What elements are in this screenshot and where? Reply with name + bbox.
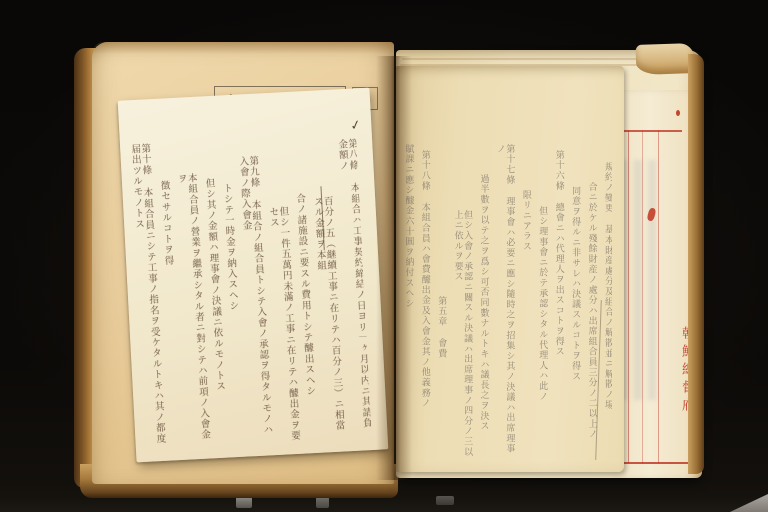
handwritten-column: 百分ノ五（継續工事ニ在リテハ百分ノ三）ニ相當スル金額ヲ本組 (312, 196, 345, 441)
handwritten-column: 合ノ諸施設ニ要スル費用トシテ醵出スヘシ (294, 193, 315, 397)
red-rule-line (628, 130, 629, 464)
handwritten-column: 合ニ於ケル殘餘財産ノ處分ハ出席組合員三分ノ二以上ノ (586, 182, 595, 440)
right-page: 規約ノ變更 基本財産處分及組合ノ解散並ニ解散ノ場合ニ於ケル殘餘財産ノ處分ハ出席組… (396, 66, 624, 472)
insert-text-columns: 第八條 本組合ハ工事契約締結ノ日ヨリ一ヶ月以内ニ其請負金額ノ百分ノ五（継續工事ニ… (130, 98, 371, 449)
handwritten-column: 賦課ニ應シ醵金六十圓ヲ納付スヘシ (406, 144, 412, 309)
handwritten-column: 但シ入會ノ承認ニ關スル決議ハ出席理事ノ四分ノ三以上ニ依ルヲ要ス (452, 210, 471, 460)
cradle-foot (316, 497, 329, 508)
handwritten-column: 第十八條 本組合員ハ會費醵出金及入會金其ノ他義務ノ (419, 150, 428, 409)
handwritten-column: 規約ノ變更 基本財産處分及組合ノ解散並ニ解散ノ場 (603, 162, 612, 410)
handwritten-column: 同意ヲ得ルニ非サレハ決議スルコトヲ得ス (570, 186, 579, 382)
handwritten-column: 但シ一件五萬円未滿ノ工事ニ在リテハ醵出金ヲ要セス (267, 206, 299, 443)
handwritten-column: 第十七條 理事會ハ必要ニ應シ隨時之ヲ招集シ其ノ決議ハ出席理事ノ (495, 144, 514, 460)
cradle-foot (236, 497, 252, 508)
red-rule-line (620, 130, 682, 132)
show-through-text (634, 160, 642, 400)
handwritten-column: 第九條 本組合ノ組合員トシテ入會ノ承認ヲ得タルモノハ入會ノ際入會金 (237, 156, 272, 445)
worn-top-edge (92, 42, 394, 54)
cradle-foot (436, 496, 454, 505)
red-rule-line (642, 130, 643, 464)
curled-corner (635, 43, 694, 75)
page-fore-edge (688, 54, 704, 474)
insert-sheet: 第八條 本組合ハ工事契約締結ノ日ヨリ一ヶ月以内ニ其請負金額ノ百分ノ五（継續工事ニ… (118, 88, 389, 463)
red-rule-line (658, 130, 659, 464)
handwritten-column: 第十六條 總會ニハ代理人ヲ出スコトヲ得ス (553, 150, 562, 357)
right-page-columns: 規約ノ變更 基本財産處分及組合ノ解散並ニ解散ノ場合ニ於ケル殘餘財産ノ處分ハ出席組… (406, 74, 612, 460)
checkmark-icon: ✓ (349, 117, 363, 134)
handwritten-column: トシテ一時金ヲ納入スヘシ (221, 183, 238, 312)
photo-backdrop: 合組渫浚本鐵 朝鮮總督府 規約ノ變更 基本財産處分及組合ノ解散並ニ解散ノ場合ニ於… (0, 0, 768, 512)
handwritten-column: 但シ理事會ニ於テ承認シタル代理人ハ此ノ (537, 206, 546, 402)
show-through-text (648, 160, 656, 400)
handwritten-column: 第五章 會費 (436, 296, 445, 359)
handwritten-column: 限リニアラス (520, 190, 529, 252)
red-ink-dot (676, 110, 680, 116)
handwritten-column: 過半數ヲ以テ之ヲ爲シ可否同數ナルトキハ議長之ヲ決ス (478, 174, 487, 432)
handwritten-column: 徴セサルコトヲ得 (158, 180, 172, 266)
